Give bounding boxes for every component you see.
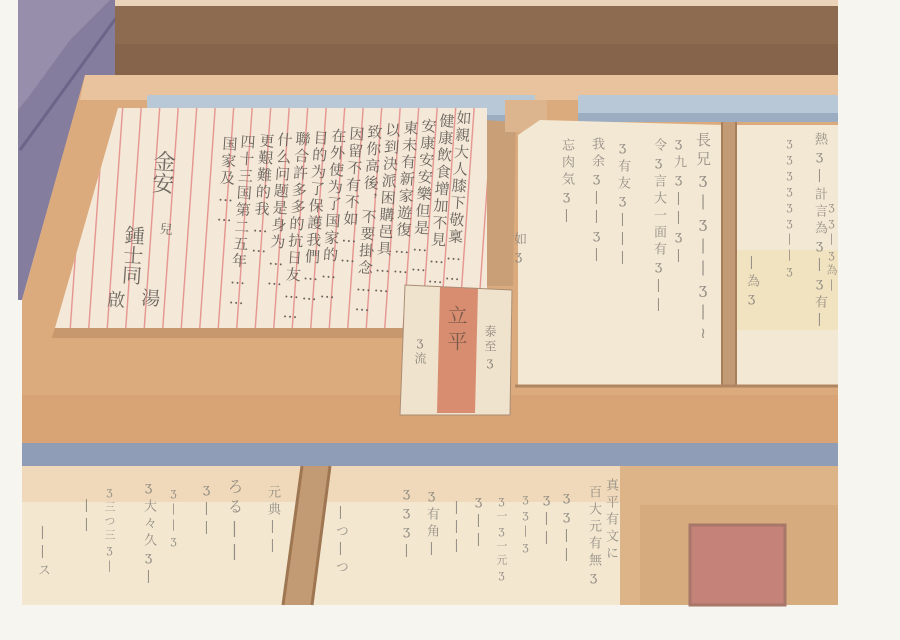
document-column: ʒ||	[200, 482, 213, 539]
red-seal-block	[690, 525, 785, 605]
document-column: ʒʒ||	[560, 490, 573, 566]
document-column: 真平有文に	[604, 478, 617, 563]
document-column: 如ʒ	[512, 232, 525, 268]
document-column: ʒ有角|	[425, 488, 438, 560]
lower-rail	[22, 443, 838, 467]
document-column: ろる||	[226, 478, 242, 564]
document-column: ||	[80, 498, 93, 536]
document-column: ʒ三つ三ʒ|	[104, 485, 115, 575]
document-column: |||	[450, 500, 463, 557]
document-column: ʒʒʒʒʒʒ||ʒ	[784, 136, 795, 280]
document-column: ʒ||ʒ	[168, 486, 179, 550]
document-column: ʒ一ʒ一元ʒ	[496, 494, 507, 584]
letter-relation: 兒	[157, 222, 171, 236]
document-column: 元典||	[266, 485, 279, 557]
document-column: ʒ九ʒ||ʒ|	[672, 136, 685, 267]
document-column: ʒ||	[472, 494, 485, 551]
letter-signature-2: 湯	[139, 287, 159, 307]
document-column: ʒ有友ʒ|||	[616, 140, 629, 269]
document-column: 我余ʒ||ʒ|	[590, 137, 603, 266]
letter-closing: 金安	[149, 149, 174, 194]
document-column: ʒʒ|ʒ	[520, 492, 531, 556]
label-main-text: 立平	[446, 305, 466, 357]
document-column: 長兄ʒ|ʒ||ʒ|≀	[695, 132, 710, 346]
document-column: ʒʒ|ʒ為|	[826, 200, 837, 294]
document-column: ʒ大々久ʒ|	[142, 480, 155, 588]
top-strip	[115, 0, 838, 7]
label-left-text: ʒ流	[414, 335, 426, 367]
letter-signature: 鍾士同	[120, 224, 144, 285]
document-column: |為ʒ	[745, 255, 758, 310]
document-column: ʒʒʒ|	[400, 486, 413, 562]
brown-band-shade	[115, 44, 838, 76]
watercolor-painting: 如親大人膝下敬稟…… 健康飲食增加不見…… 安康安安樂但是…… 東未有新家遊復……	[0, 0, 900, 640]
document-divider	[722, 122, 736, 387]
document-column: 百大元有無ʒ	[587, 485, 600, 589]
document-column: 忘肉気ʒ|	[560, 138, 573, 227]
document-column: |つ|つ	[334, 505, 347, 577]
letter-signature-3: 啟	[105, 289, 124, 308]
label-right-text: 泰至ʒ	[484, 325, 496, 372]
document-column: ||ス	[36, 525, 49, 580]
document-column: 令ʒ言大一面有ʒ||	[652, 138, 665, 316]
glass-rail-right	[578, 95, 838, 122]
document-column: ʒ||	[540, 492, 553, 549]
